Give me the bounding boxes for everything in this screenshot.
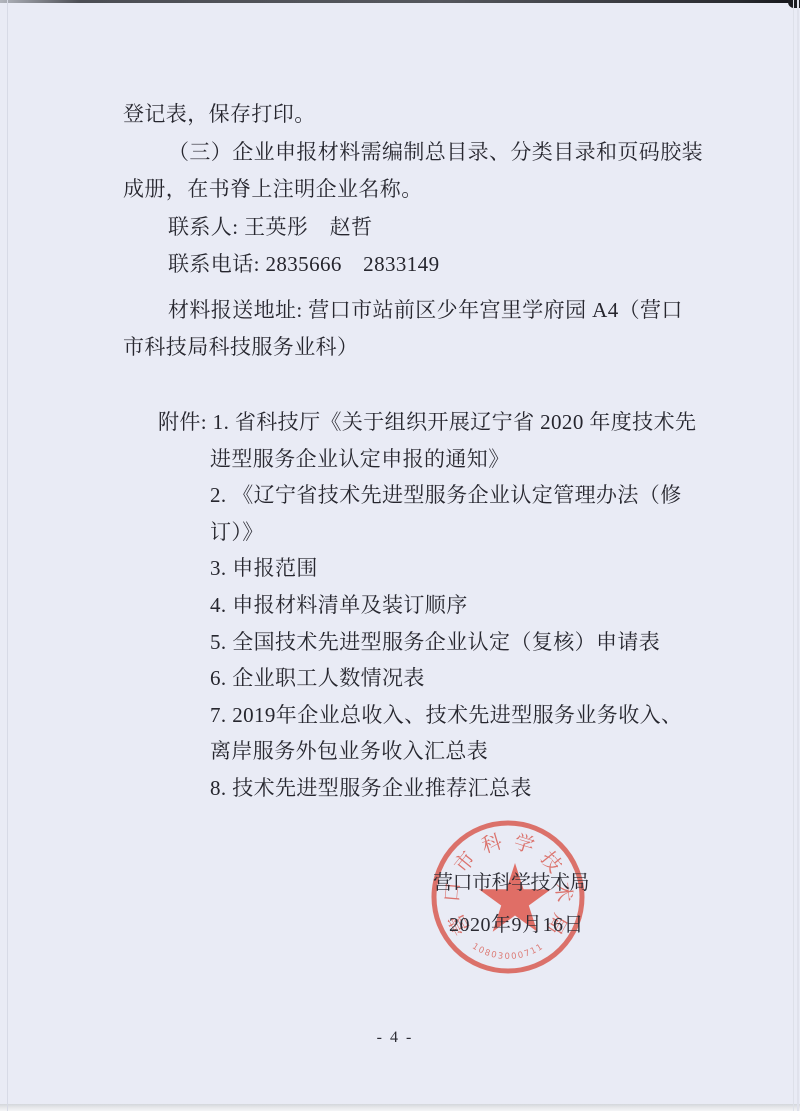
document-body: 登记表，保存打印。 （三）企业申报材料需编制总目录、分类目录和页码胶装 成册，在… <box>123 96 685 367</box>
body-line: （三）企业申报材料需编制总目录、分类目录和页码胶装 <box>123 134 685 172</box>
attachment-line: 附件: 1. 省科技厅《关于组织开展辽宁省 2020 年度技术先 <box>158 404 688 441</box>
seal-star-icon <box>479 863 551 932</box>
attachment-list: 附件: 1. 省科技厅《关于组织开展辽宁省 2020 年度技术先 进型服务企业认… <box>158 404 688 807</box>
attachment-line: 2. 《辽宁省技术先进型服务企业认定管理办法（修 <box>210 477 688 514</box>
attachment-line: 8. 技术先进型服务企业推荐汇总表 <box>210 770 688 807</box>
attachment-line: 6. 企业职工人数情况表 <box>210 660 688 697</box>
scan-edge-top <box>0 0 800 3</box>
seal-arc-char: 营 <box>445 910 475 939</box>
seal-arc-char: 术 <box>551 881 576 903</box>
scan-edge-bottom <box>0 1104 800 1111</box>
seal-arc-char: 学 <box>511 830 537 858</box>
page-number: - 4 - <box>0 1029 790 1047</box>
body-line: 成册，在书脊上注明企业名称。 <box>123 171 685 209</box>
seal-arc-char: 局 <box>542 910 571 938</box>
scan-edge-right-outer <box>797 0 799 1111</box>
seal-arc-char: 科 <box>479 830 505 858</box>
contact-person-line: 联系人: 王英彤 赵哲 <box>123 209 685 247</box>
official-seal: 营 口 市 科 学 技 术 局 2108030007113 <box>427 816 591 980</box>
body-line: 登记表，保存打印。 <box>123 96 685 134</box>
scan-edge-right <box>793 0 794 1111</box>
attachment-line: 进型服务企业认定申报的通知》 <box>210 441 688 478</box>
contact-phone-line: 联系电话: 2835666 2833149 <box>123 246 685 284</box>
address-line: 材料报送地址: 营口市站前区少年宫里学府园 A4（营口 <box>123 292 685 330</box>
attachment-line: 7. 2019年企业总收入、技术先进型服务业务收入、 <box>210 697 688 734</box>
seal-arc-char: 市 <box>450 847 480 877</box>
address-line: 市科技局科技服务业科） <box>123 329 685 367</box>
attachment-line: 订）》 <box>210 514 688 551</box>
seal-arc-char: 技 <box>536 847 566 877</box>
attachment-line: 5. 全国技术先进型服务企业认定（复核）申请表 <box>210 624 688 661</box>
seal-arc-char: 口 <box>441 881 465 903</box>
attachment-line: 3. 申报范围 <box>210 550 688 587</box>
attachment-line: 离岸服务外包业务收入汇总表 <box>210 733 688 770</box>
document-page: 登记表，保存打印。 （三）企业申报材料需编制总目录、分类目录和页码胶装 成册，在… <box>0 0 800 1111</box>
attachment-line: 4. 申报材料清单及装订顺序 <box>210 587 688 624</box>
scan-edge-left <box>7 0 8 1111</box>
